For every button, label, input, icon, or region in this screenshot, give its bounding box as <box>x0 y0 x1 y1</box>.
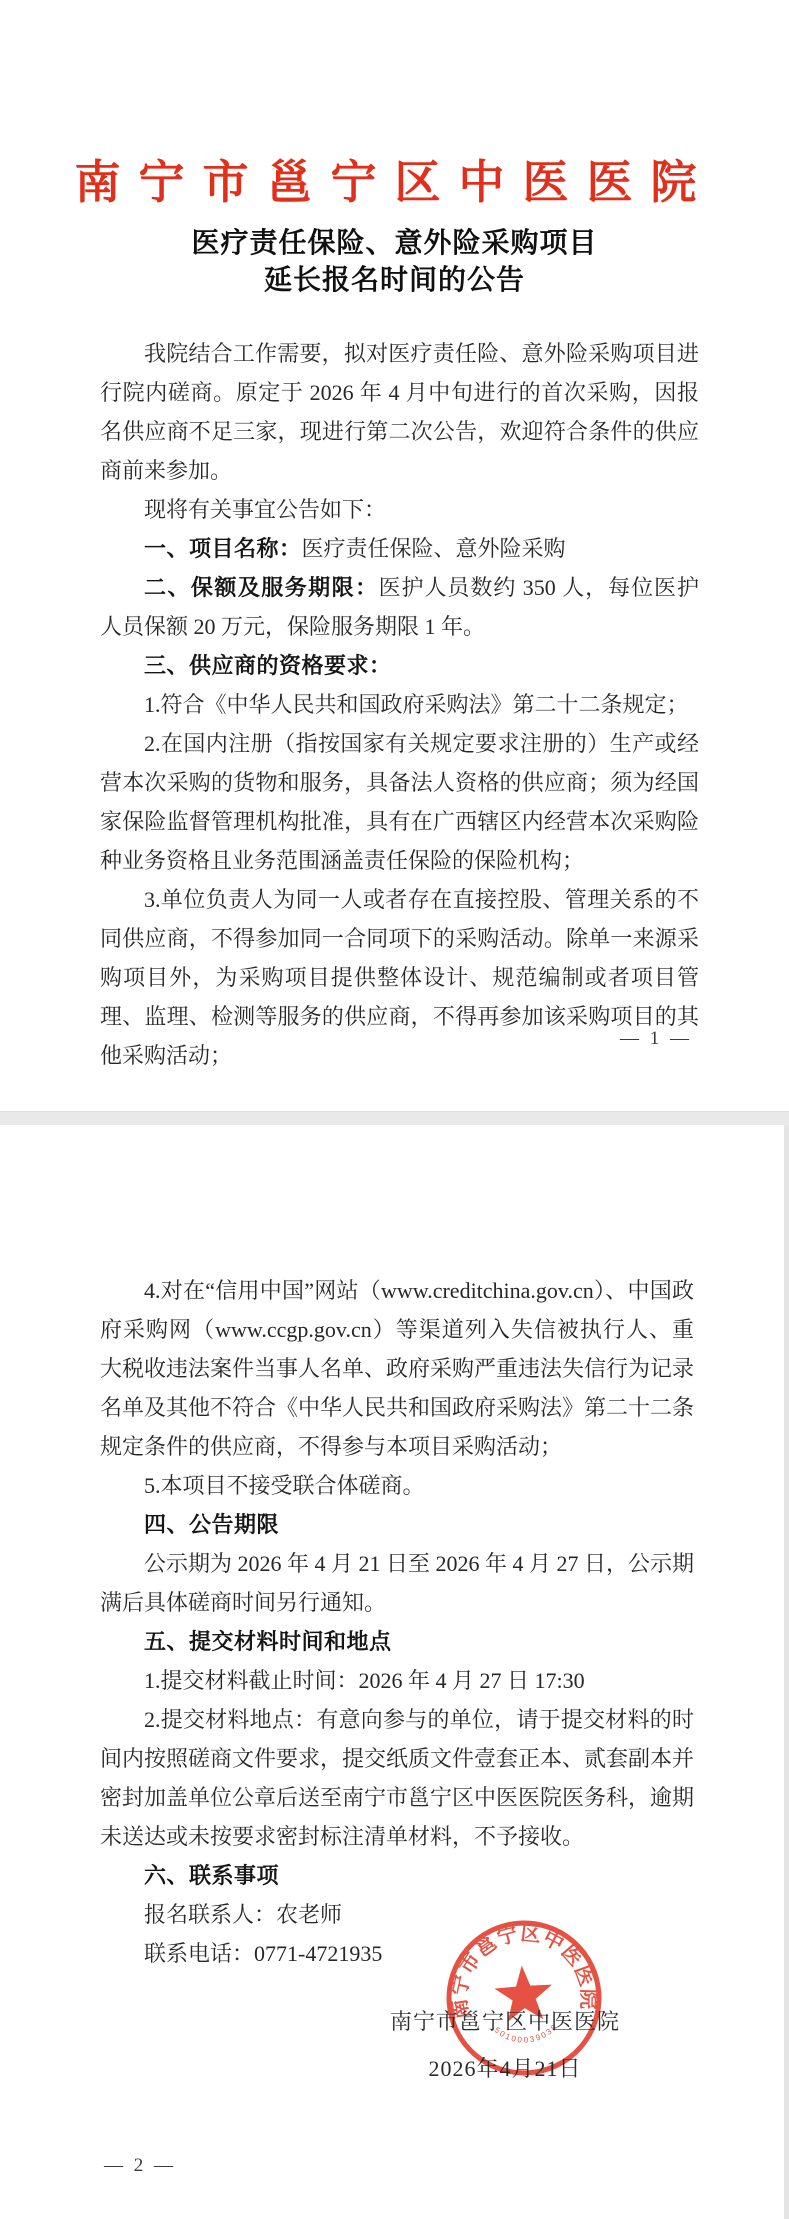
section-coverage-term: 二、保额及服务期限：医护人员数约 350 人，每位医护人员保额 20 万元，保险… <box>100 568 699 646</box>
section-label: 六、联系事项 <box>144 1863 279 1888</box>
paragraph-text: 我院结合工作需要，拟对医疗责任险、意外险采购项目进行院内磋商。原定于 2026 … <box>100 341 699 483</box>
paragraph-text: 联系电话：0771-4721935 <box>144 1941 382 1966</box>
announcement-period-text: 公示期为 2026 年 4 月 21 日至 2026 年 4 月 27 日，公示… <box>100 1544 694 1622</box>
section-contact: 六、联系事项 <box>100 1856 694 1895</box>
requirement-item-5: 5.本项目不接受联合体磋商。 <box>100 1466 694 1505</box>
paragraph-text: 4.对在“信用中国”网站（www.creditchina.gov.cn）、中国政… <box>100 1278 694 1459</box>
signature-block: 南宁市邕宁区中医医院 2026年4月21日 <box>355 2005 655 2083</box>
section-label: 二、保额及服务期限： <box>144 575 379 600</box>
page-number-1: — 1 — <box>620 1028 692 1050</box>
signature-organization: 南宁市邕宁区中医医院 <box>355 2005 655 2036</box>
document-title-line1: 医疗责任保险、意外险采购项目 <box>0 225 789 263</box>
document-viewport: 南宁市邕宁区中医医院 医疗责任保险、意外险采购项目 延长报名时间的公告 我院结合… <box>0 0 789 2219</box>
paragraph-text: 报名联系人：农老师 <box>144 1902 342 1927</box>
requirement-item-4: 4.对在“信用中国”网站（www.creditchina.gov.cn）、中国政… <box>100 1271 694 1466</box>
page2-body: 4.对在“信用中国”网站（www.creditchina.gov.cn）、中国政… <box>100 1271 694 1973</box>
document-title: 医疗责任保险、意外险采购项目 延长报名时间的公告 <box>0 225 789 301</box>
paragraph-intro: 我院结合工作需要，拟对医疗责任险、意外险采购项目进行院内磋商。原定于 2026 … <box>100 334 699 490</box>
section-announcement-period: 四、公告期限 <box>100 1505 694 1544</box>
section-label: 三、供应商的资格要求： <box>144 653 392 678</box>
paragraph-text: 1.符合《中华人民共和国政府采购法》第二十二条规定； <box>144 692 689 717</box>
section-text: 医疗责任保险、意外险采购 <box>302 536 566 561</box>
section-label: 四、公告期限 <box>144 1512 279 1537</box>
contact-phone: 联系电话：0771-4721935 <box>100 1934 694 1973</box>
paragraph-text: 3.单位负责人为同一人或者存在直接控股、管理关系的不同供应商，不得参加同一合同项… <box>100 887 699 1068</box>
requirement-item-3: 3.单位负责人为同一人或者存在直接控股、管理关系的不同供应商，不得参加同一合同项… <box>100 880 699 1075</box>
page1-body: 我院结合工作需要，拟对医疗责任险、意外险采购项目进行院内磋商。原定于 2026 … <box>100 334 699 1075</box>
page-2: 4.对在“信用中国”网站（www.creditchina.gov.cn）、中国政… <box>0 1125 789 2219</box>
submission-location: 2.提交材料地点：有意向参与的单位，请于提交材料的时间内按照磋商文件要求，提交纸… <box>100 1700 694 1856</box>
section-project-name: 一、项目名称：医疗责任保险、意外险采购 <box>100 529 699 568</box>
paragraph-text: 现将有关事宜公告如下： <box>144 497 386 522</box>
section-label: 五、提交材料时间和地点 <box>144 1629 392 1654</box>
paragraph-text: 1.提交材料截止时间：2026 年 4 月 27 日 17:30 <box>144 1668 585 1693</box>
section-label: 一、项目名称： <box>144 536 302 561</box>
requirement-item-2: 2.在国内注册（指按国家有关规定要求注册的）生产或经营本次采购的货物和服务，具备… <box>100 724 699 880</box>
page-1: 南宁市邕宁区中医医院 医疗责任保险、意外险采购项目 延长报名时间的公告 我院结合… <box>0 0 789 1111</box>
requirement-item-1: 1.符合《中华人民共和国政府采购法》第二十二条规定； <box>100 685 699 724</box>
paragraph-lead: 现将有关事宜公告如下： <box>100 490 699 529</box>
paragraph-text: 公示期为 2026 年 4 月 21 日至 2026 年 4 月 27 日，公示… <box>100 1551 694 1615</box>
paragraph-text: 2.在国内注册（指按国家有关规定要求注册的）生产或经营本次采购的货物和服务，具备… <box>100 731 699 873</box>
page-separator <box>0 1111 789 1125</box>
paragraph-text: 5.本项目不接受联合体磋商。 <box>144 1473 425 1498</box>
hospital-title: 南宁市邕宁区中医医院 <box>0 0 789 209</box>
page-number-2: — 2 — <box>104 2155 176 2177</box>
section-submission: 五、提交材料时间和地点 <box>100 1622 694 1661</box>
paragraph-text: 2.提交材料地点：有意向参与的单位，请于提交材料的时间内按照磋商文件要求，提交纸… <box>100 1707 694 1849</box>
document-title-line2: 延长报名时间的公告 <box>0 262 789 300</box>
signature-date: 2026年4月21日 <box>355 2052 655 2083</box>
contact-person: 报名联系人：农老师 <box>100 1895 694 1934</box>
section-supplier-requirements: 三、供应商的资格要求： <box>100 646 699 685</box>
submission-deadline: 1.提交材料截止时间：2026 年 4 月 27 日 17:30 <box>100 1661 694 1700</box>
